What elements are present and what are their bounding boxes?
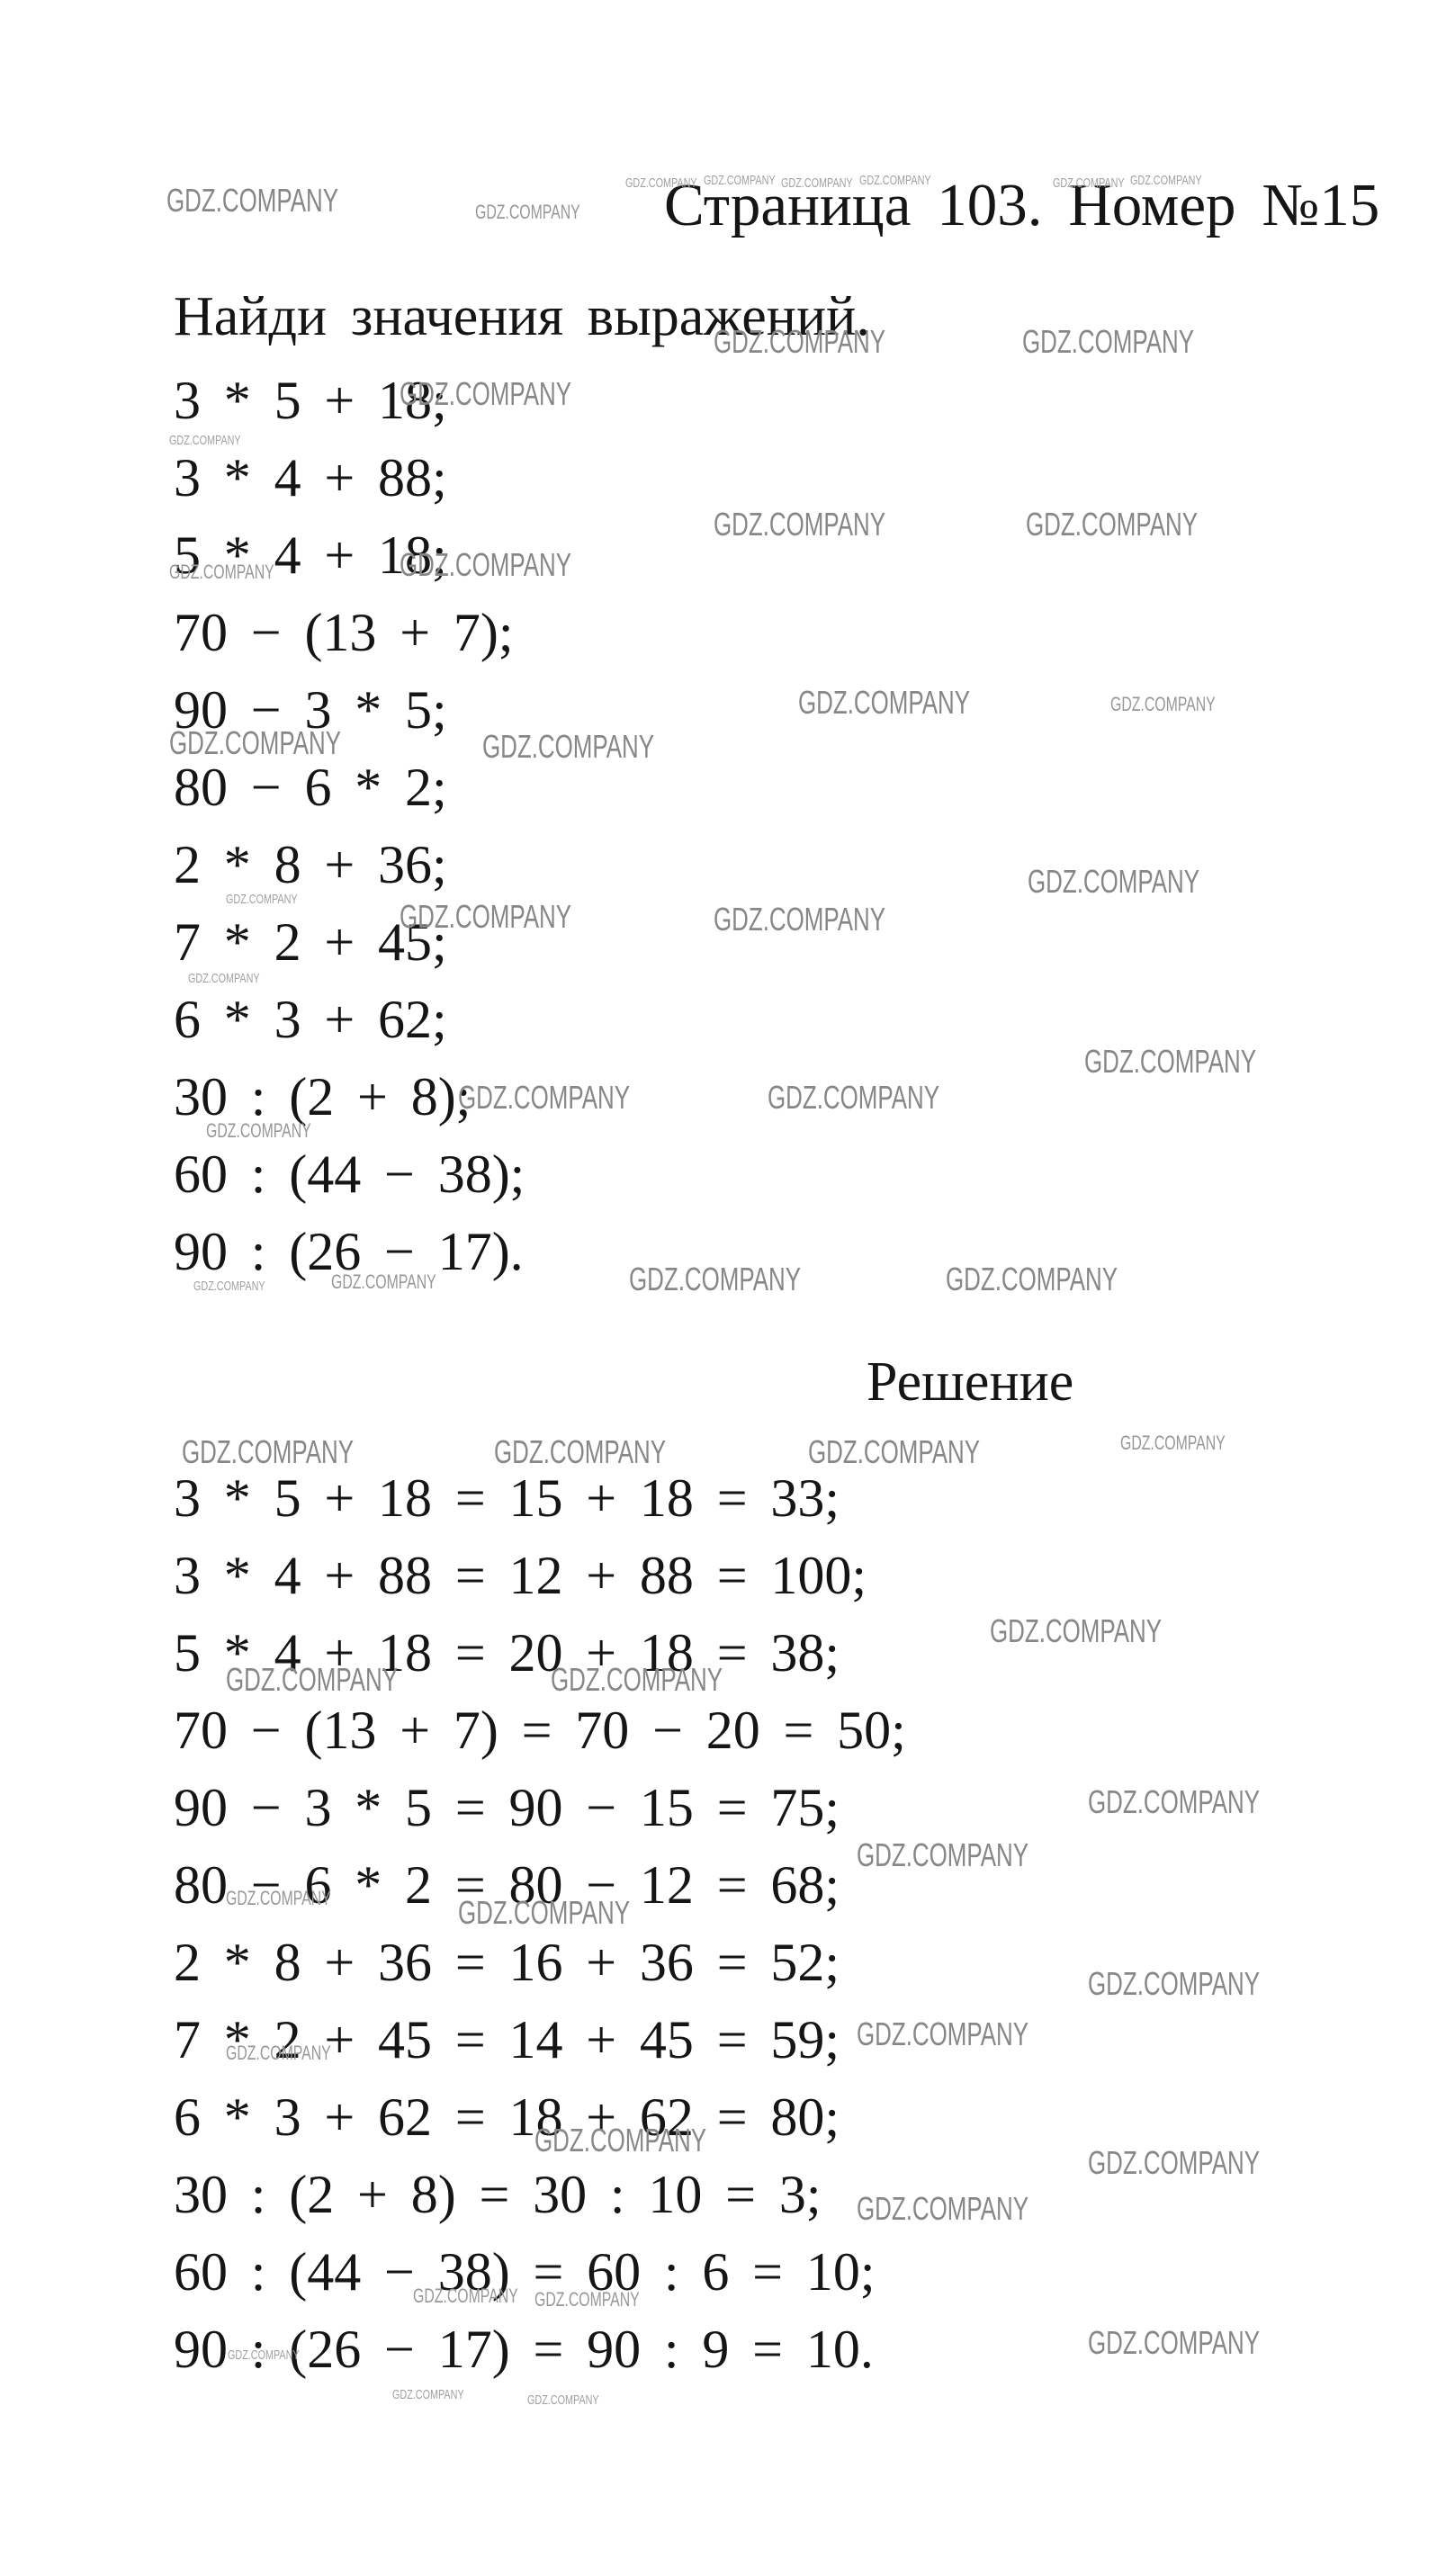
gdz-watermark: GDZ.COMPANY [206, 1121, 311, 1141]
gdz-watermark: GDZ.COMPANY [857, 2193, 1028, 2225]
gdz-watermark: GDZ.COMPANY [169, 562, 274, 582]
document-page: Страница 103. Номер №15 GDZ.COMPANY GDZ.… [0, 0, 1455, 2576]
gdz-watermark: GDZ.COMPANY [400, 378, 571, 410]
gdz-watermark: GDZ.COMPANY [188, 972, 260, 985]
gdz-watermark: GDZ.COMPANY [1110, 695, 1216, 714]
solution-step-4: 70 − (13 + 7) = 70 − 20 = 50; [174, 1701, 906, 1760]
gdz-watermark: GDZ.COMPANY [458, 1082, 630, 1114]
gdz-watermark: GDZ.COMPANY [331, 1272, 436, 1292]
gdz-watermark: GDZ.COMPANY [1084, 1046, 1256, 1078]
gdz-watermark: GDZ.COMPANY [1120, 1433, 1226, 1453]
gdz-watermark: GDZ.COMPANY [193, 1279, 265, 1293]
gdz-watermark: GDZ.COMPANY [629, 1263, 801, 1296]
gdz-watermark: GDZ.COMPANY [946, 1263, 1118, 1296]
gdz-watermark: GDZ.COMPANY [1088, 1786, 1260, 1818]
solution-step-2: 3 * 4 + 88 = 12 + 88 = 100; [174, 1546, 867, 1605]
gdz-watermark: GDZ.COMPANY [226, 1664, 398, 1696]
gdz-watermark: GDZ.COMPANY [704, 174, 776, 187]
gdz-watermark: GDZ.COMPANY [392, 2388, 464, 2401]
gdz-watermark: GDZ.COMPANY [990, 1615, 1162, 1647]
expression-9: 6 * 3 + 62; [174, 990, 447, 1049]
gdz-watermark: GDZ.COMPANY [1088, 2147, 1260, 2179]
gdz-watermark: GDZ.COMPANY [482, 731, 654, 763]
gdz-watermark: GDZ.COMPANY [400, 549, 571, 581]
gdz-watermark: GDZ.COMPANY [625, 176, 697, 190]
expression-4: 70 − (13 + 7); [174, 603, 514, 662]
gdz-watermark: GDZ.COMPANY [458, 1897, 630, 1929]
solution-step-5: 90 − 3 * 5 = 90 − 15 = 75; [174, 1778, 840, 1837]
gdz-watermark: GDZ.COMPANY [859, 174, 931, 187]
gdz-watermark: GDZ.COMPANY [1022, 326, 1194, 358]
gdz-watermark: GDZ.COMPANY [413, 2286, 518, 2306]
expression-11: 60 : (44 − 38); [174, 1144, 525, 1204]
gdz-watermark: GDZ.COMPANY [534, 2124, 706, 2157]
gdz-watermark: GDZ.COMPANY [166, 184, 338, 217]
solution-heading: Решение [867, 1351, 1073, 1413]
gdz-watermark: GDZ.COMPANY [551, 1664, 723, 1696]
solution-step-10: 30 : (2 + 8) = 30 : 10 = 3; [174, 2165, 821, 2224]
gdz-watermark: GDZ.COMPANY [714, 326, 885, 358]
solution-step-7: 2 * 8 + 36 = 16 + 36 = 52; [174, 1933, 840, 1992]
gdz-watermark: GDZ.COMPANY [182, 1436, 354, 1468]
solution-step-1: 3 * 5 + 18 = 15 + 18 = 33; [174, 1468, 840, 1528]
expression-2: 3 * 4 + 88; [174, 448, 447, 507]
solution-step-11: 60 : (44 − 38) = 60 : 6 = 10; [174, 2242, 875, 2302]
gdz-watermark: GDZ.COMPANY [1028, 866, 1199, 898]
gdz-watermark: GDZ.COMPANY [527, 2393, 599, 2407]
solution-step-9: 6 * 3 + 62 = 18 + 62 = 80; [174, 2087, 840, 2147]
gdz-watermark: GDZ.COMPANY [768, 1082, 939, 1114]
gdz-watermark: GDZ.COMPANY [714, 903, 885, 936]
gdz-watermark: GDZ.COMPANY [226, 2043, 331, 2063]
gdz-watermark: GDZ.COMPANY [226, 893, 298, 906]
gdz-watermark: GDZ.COMPANY [534, 2290, 640, 2310]
gdz-watermark: GDZ.COMPANY [857, 2018, 1028, 2051]
gdz-watermark: GDZ.COMPANY [226, 1889, 331, 1908]
gdz-watermark: GDZ.COMPANY [1026, 508, 1198, 541]
gdz-watermark: GDZ.COMPANY [494, 1436, 666, 1468]
gdz-watermark: GDZ.COMPANY [1053, 176, 1125, 190]
gdz-watermark: GDZ.COMPANY [1130, 174, 1202, 187]
gdz-watermark: GDZ.COMPANY [714, 508, 885, 541]
gdz-watermark: GDZ.COMPANY [228, 2348, 300, 2362]
gdz-watermark: GDZ.COMPANY [857, 1839, 1028, 1871]
gdz-watermark: GDZ.COMPANY [808, 1436, 980, 1468]
expression-10: 30 : (2 + 8); [174, 1067, 471, 1126]
gdz-watermark: GDZ.COMPANY [1088, 1968, 1260, 2000]
expression-6: 80 − 6 * 2; [174, 758, 447, 817]
gdz-watermark: GDZ.COMPANY [169, 727, 341, 759]
gdz-watermark: GDZ.COMPANY [169, 434, 241, 447]
gdz-watermark: GDZ.COMPANY [400, 901, 571, 933]
gdz-watermark: GDZ.COMPANY [475, 202, 580, 222]
gdz-watermark: GDZ.COMPANY [781, 176, 853, 190]
gdz-watermark: GDZ.COMPANY [1088, 2327, 1260, 2359]
gdz-watermark: GDZ.COMPANY [798, 687, 970, 719]
expression-7: 2 * 8 + 36; [174, 835, 447, 894]
